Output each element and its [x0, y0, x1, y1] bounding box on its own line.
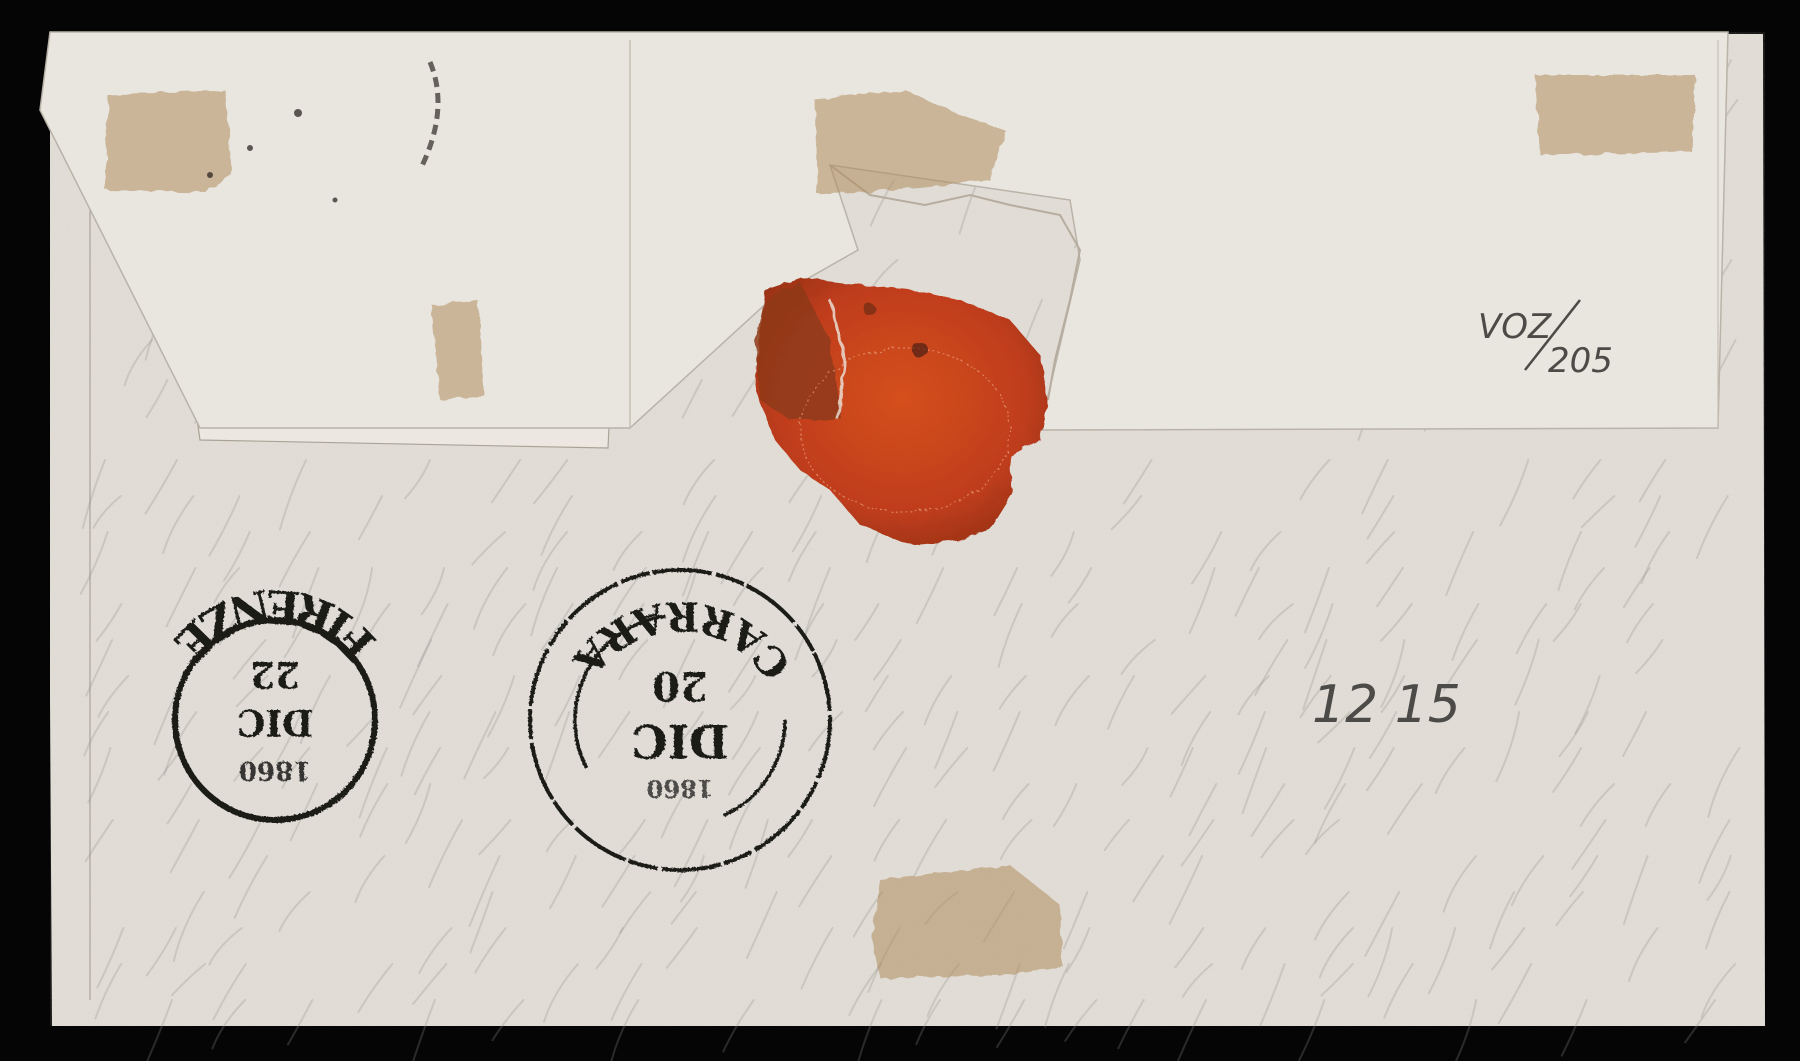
carrara-day: 20 — [652, 662, 708, 709]
pencil-number-note: 12 15 — [1312, 675, 1461, 735]
carrara-year: 1860 — [647, 774, 714, 803]
note-bottom: 205 — [1548, 341, 1613, 381]
letter-scene: FIRENZE 1860 DIC 22 CARRARA 1860 DIC 20 … — [0, 0, 1800, 1061]
firenze-year: 1860 — [239, 755, 311, 785]
note-top: VOZ — [1478, 307, 1552, 347]
firenze-month: DIC — [237, 701, 314, 743]
carrara-month: DIC — [631, 714, 729, 768]
firenze-day: 22 — [250, 653, 300, 695]
